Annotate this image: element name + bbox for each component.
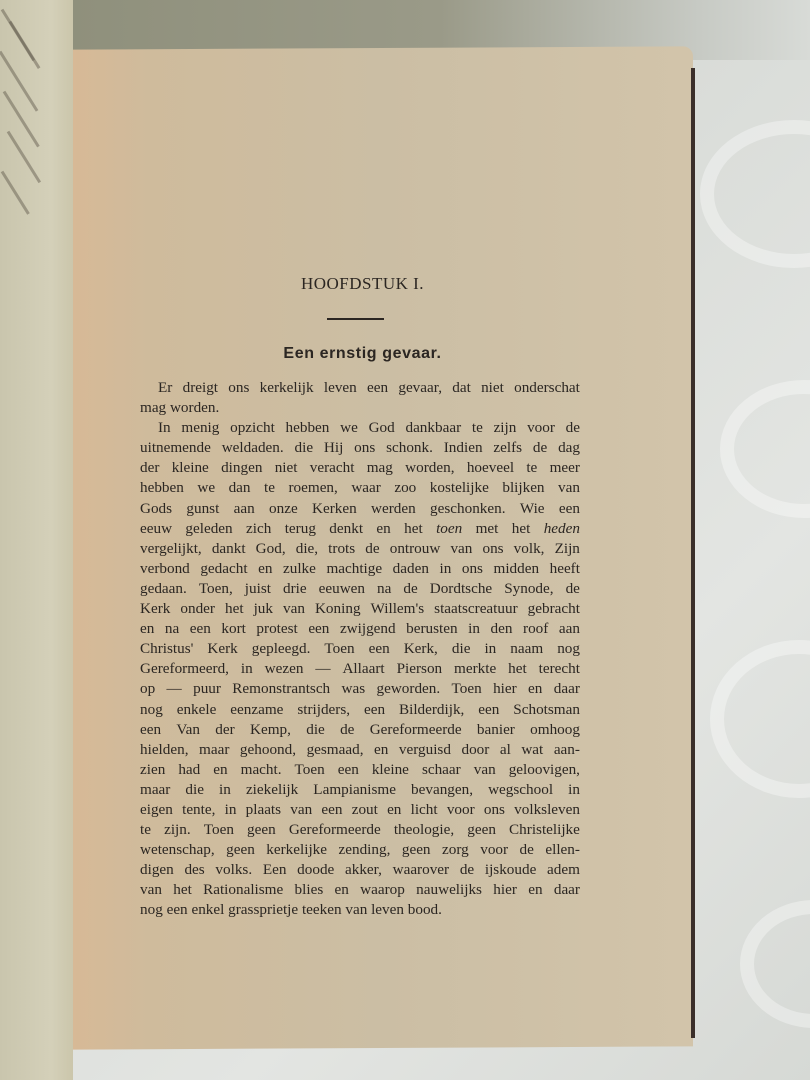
text-line: mag worden.: [140, 398, 580, 418]
text-line: Erdreigtonskerkelijkleveneengevaar,datni…: [140, 378, 580, 398]
text-line: InmenigopzichthebbenweGoddankbaartezijnv…: [140, 418, 580, 438]
section-title: Een ernstig gevaar.: [140, 345, 585, 363]
book-spine-edge: [691, 68, 695, 1038]
text-line: maardieinziekelijkLampianismebevangen,we…: [140, 780, 580, 800]
text-line: derkleinedingennietverachtmagworden,hoev…: [140, 458, 580, 478]
heading-divider: [327, 318, 384, 320]
text-line: digendesvolks.Eendoodeakker,waaroverdeij…: [140, 860, 580, 880]
text-line: ennaeenkortprotesteenzwijgendberustenind…: [140, 619, 580, 639]
text-line: vergelijkt,danktGod,die,trotsdeontrouwva…: [140, 539, 580, 559]
text-line: hebbenwedanteroemen,waarzookostelijkebli…: [140, 478, 580, 498]
text-line: Gereformeerd,inwezen—AllaartPiersonmerkt…: [140, 659, 580, 679]
text-line: KerkonderhetjukvanKoningWillem'sstaatscr…: [140, 599, 580, 619]
facing-page-edge: [0, 0, 73, 1080]
fabric-pattern: [710, 640, 810, 798]
text-line: hielden,maargehoond,gesmaad,enverguisddo…: [140, 740, 580, 760]
text-line: uitnemendeweldaden.dieHijonsschonk.Indie…: [140, 438, 580, 458]
italic-word: toen: [436, 519, 462, 539]
text-line: zienhadenmacht.Toeneenkleineschaarvangel…: [140, 760, 580, 780]
text-line: Christus'Kerkgepleegd.ToeneenKerk,dieinn…: [140, 639, 580, 659]
text-line: nog een enkel grassprietje teeken van le…: [140, 900, 580, 920]
text-line: eenVanderKemp,diedeGereformeerdebanierom…: [140, 720, 580, 740]
text-line: op—puurRemonstrantschwasgeworden.Toenhie…: [140, 679, 580, 699]
body-text: Erdreigtonskerkelijkleveneengevaar,datni…: [140, 378, 580, 921]
text-line: gedaan.Toen,juistdrieeeuwennadeDordtsche…: [140, 579, 580, 599]
chapter-heading: HOOFDSTUK I.: [140, 274, 585, 294]
italic-word: heden: [544, 519, 580, 539]
fabric-pattern: [740, 900, 810, 1028]
text-line: wetenschap,geenkerkelijkezending,geenzor…: [140, 840, 580, 860]
fabric-pattern: [700, 120, 810, 268]
text-line: tezijn.ToengeenGereformeerdetheologie,ge…: [140, 820, 580, 840]
text-line: vanhetRationalismebliesenwaaropnauwelijk…: [140, 880, 580, 900]
text-line: GodsgunstaanonzeKerkenwerdengeschonken.W…: [140, 499, 580, 519]
fabric-pattern: [720, 380, 810, 518]
text-line: verbondgedachtenzulkemachtigedadeninonsm…: [140, 559, 580, 579]
text-line: eeuwgeledenzichterugdenktenhettoenmethet…: [140, 519, 580, 539]
text-line: eigentente,inplaatsvaneenzoutenlichtvoor…: [140, 800, 580, 820]
text-line: nogenkeleeenzamestrijders,eenBilderdijk,…: [140, 700, 580, 720]
